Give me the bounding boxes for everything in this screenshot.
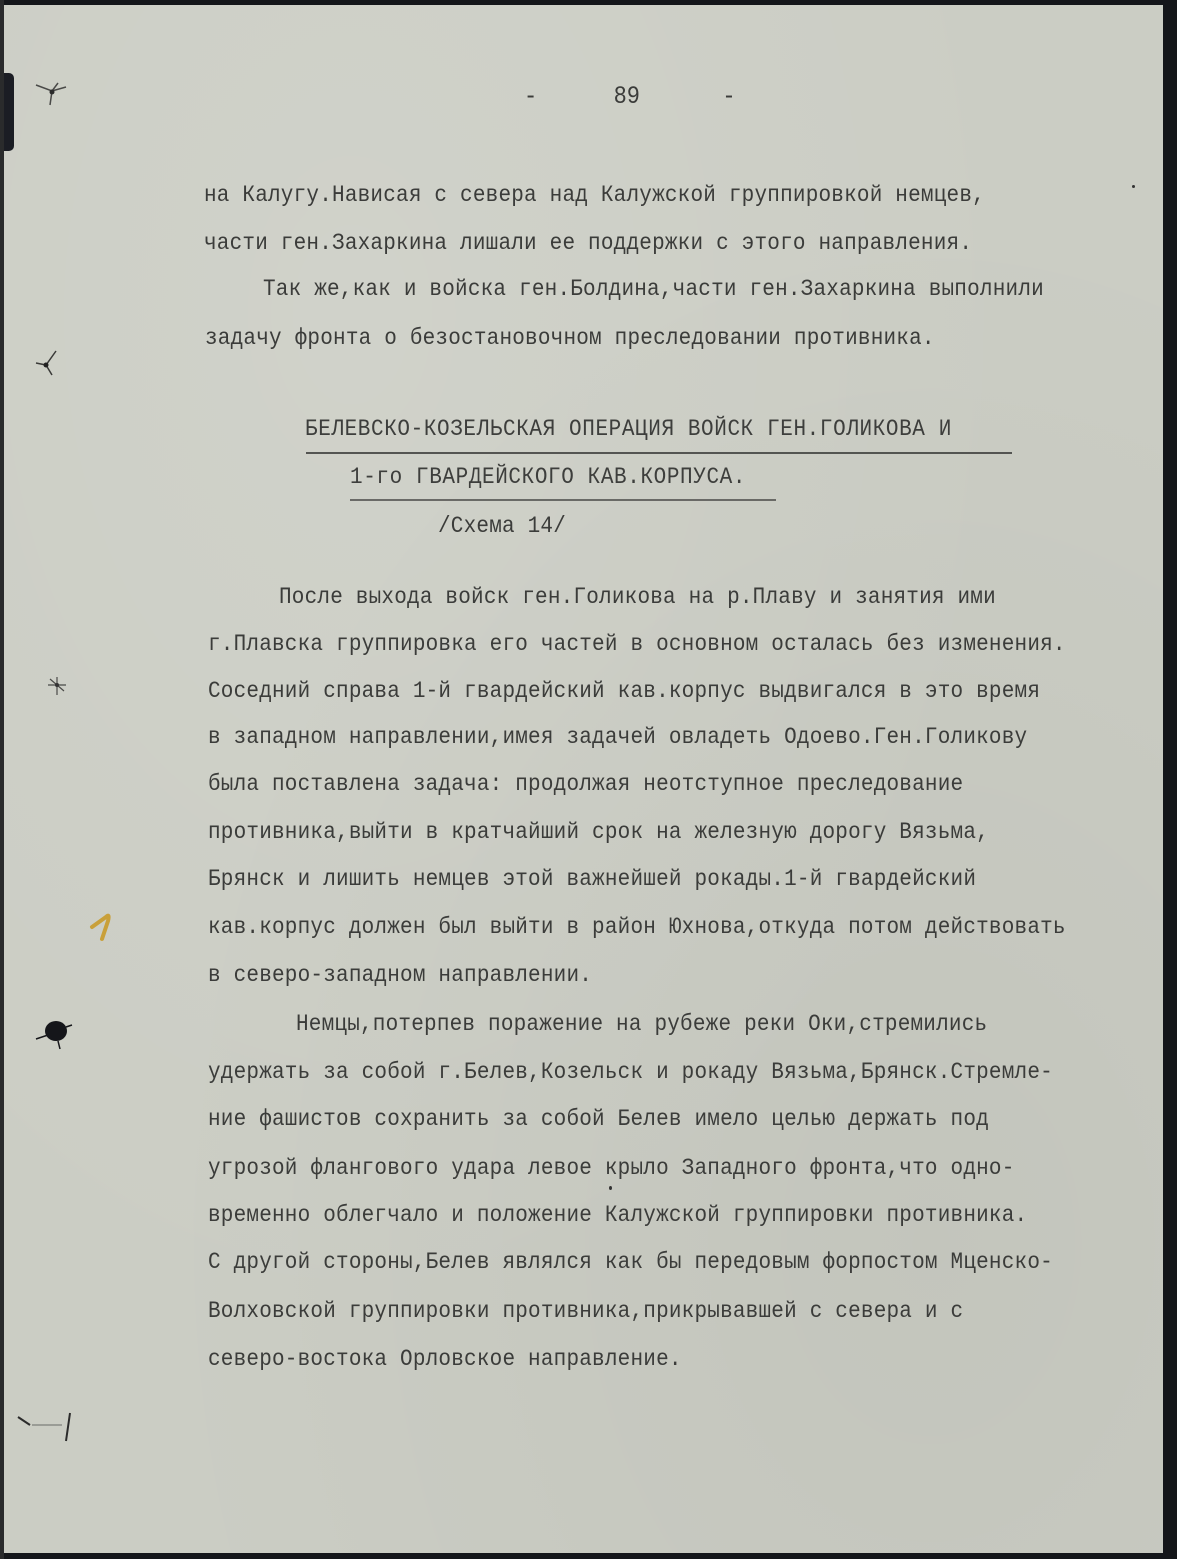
page-number-dash-left: - xyxy=(524,83,537,111)
text-line: С другой стороны,Белев являлся как бы пе… xyxy=(208,1250,1053,1276)
page-number-dash-right: - xyxy=(722,83,735,111)
text-line: на Калугу.Нависая с севера над Калужской… xyxy=(204,183,985,209)
heading-underline-1 xyxy=(306,452,1012,454)
text-line: Соседний справа 1-й гвардейский кав.корп… xyxy=(208,679,1040,705)
section-heading-line-2: 1-го ГВАРДЕЙСКОГО КАВ.КОРПУСА. xyxy=(350,465,746,491)
handwritten-annotation-icon xyxy=(84,905,124,945)
text-line: в западном направлении,имея задачей овла… xyxy=(208,725,1027,751)
text-line: Волховской группировки противника,прикры… xyxy=(208,1299,963,1325)
punch-mark-icon xyxy=(30,341,70,381)
text-line: ние фашистов сохранить за собой Белев им… xyxy=(208,1107,989,1133)
text-line: временно облегчало и положение Калужской… xyxy=(208,1203,1027,1229)
text-line: части ген.Захаркина лишали ее поддержки … xyxy=(204,231,972,257)
page-number-value: 89 xyxy=(614,83,640,111)
document-page: - 89 - на Калугу.Нависая с севера над Ка… xyxy=(4,5,1163,1553)
ink-blot-icon xyxy=(32,1013,78,1053)
text-line: была поставлена задача: продолжая неотст… xyxy=(208,772,963,798)
speck xyxy=(1132,185,1135,188)
text-line: северо-востока Орловское направление. xyxy=(208,1347,682,1373)
text-line: удержать за собой г.Белев,Козельск и рок… xyxy=(208,1060,1053,1086)
section-heading-line-1: БЕЛЕВСКО-КОЗЕЛЬСКАЯ ОПЕРАЦИЯ ВОЙСК ГЕН.Г… xyxy=(305,417,952,443)
text-line: противника,выйти в кратчайший срок на же… xyxy=(208,820,989,846)
text-line: г.Плавска группировка его частей в основ… xyxy=(208,632,1066,658)
text-line: в северо-западном направлении. xyxy=(208,963,592,989)
text-line: угрозой флангового удара левое крыло Зап… xyxy=(208,1156,1015,1182)
text-line: задачу фронта о безостановочном преследо… xyxy=(205,326,935,352)
binding-mark xyxy=(4,73,14,151)
heading-underline-2 xyxy=(350,499,776,501)
punch-mark-icon xyxy=(42,671,72,701)
page-number: - 89 - xyxy=(524,83,736,111)
text-line: кав.корпус должен был выйти в район Юхно… xyxy=(208,915,1066,941)
scheme-reference: /Схема 14/ xyxy=(438,514,566,540)
text-line: После выхода войск ген.Голикова на р.Пла… xyxy=(279,585,996,611)
punch-mark-icon xyxy=(32,75,72,115)
speck xyxy=(609,1186,612,1190)
punch-mark-icon xyxy=(10,1409,80,1445)
text-line: Так же,как и войска ген.Болдина,части ге… xyxy=(263,277,1044,303)
text-line: Брянск и лишить немцев этой важнейшей ро… xyxy=(208,867,976,893)
text-line: Немцы,потерпев поражение на рубеже реки … xyxy=(296,1012,987,1038)
